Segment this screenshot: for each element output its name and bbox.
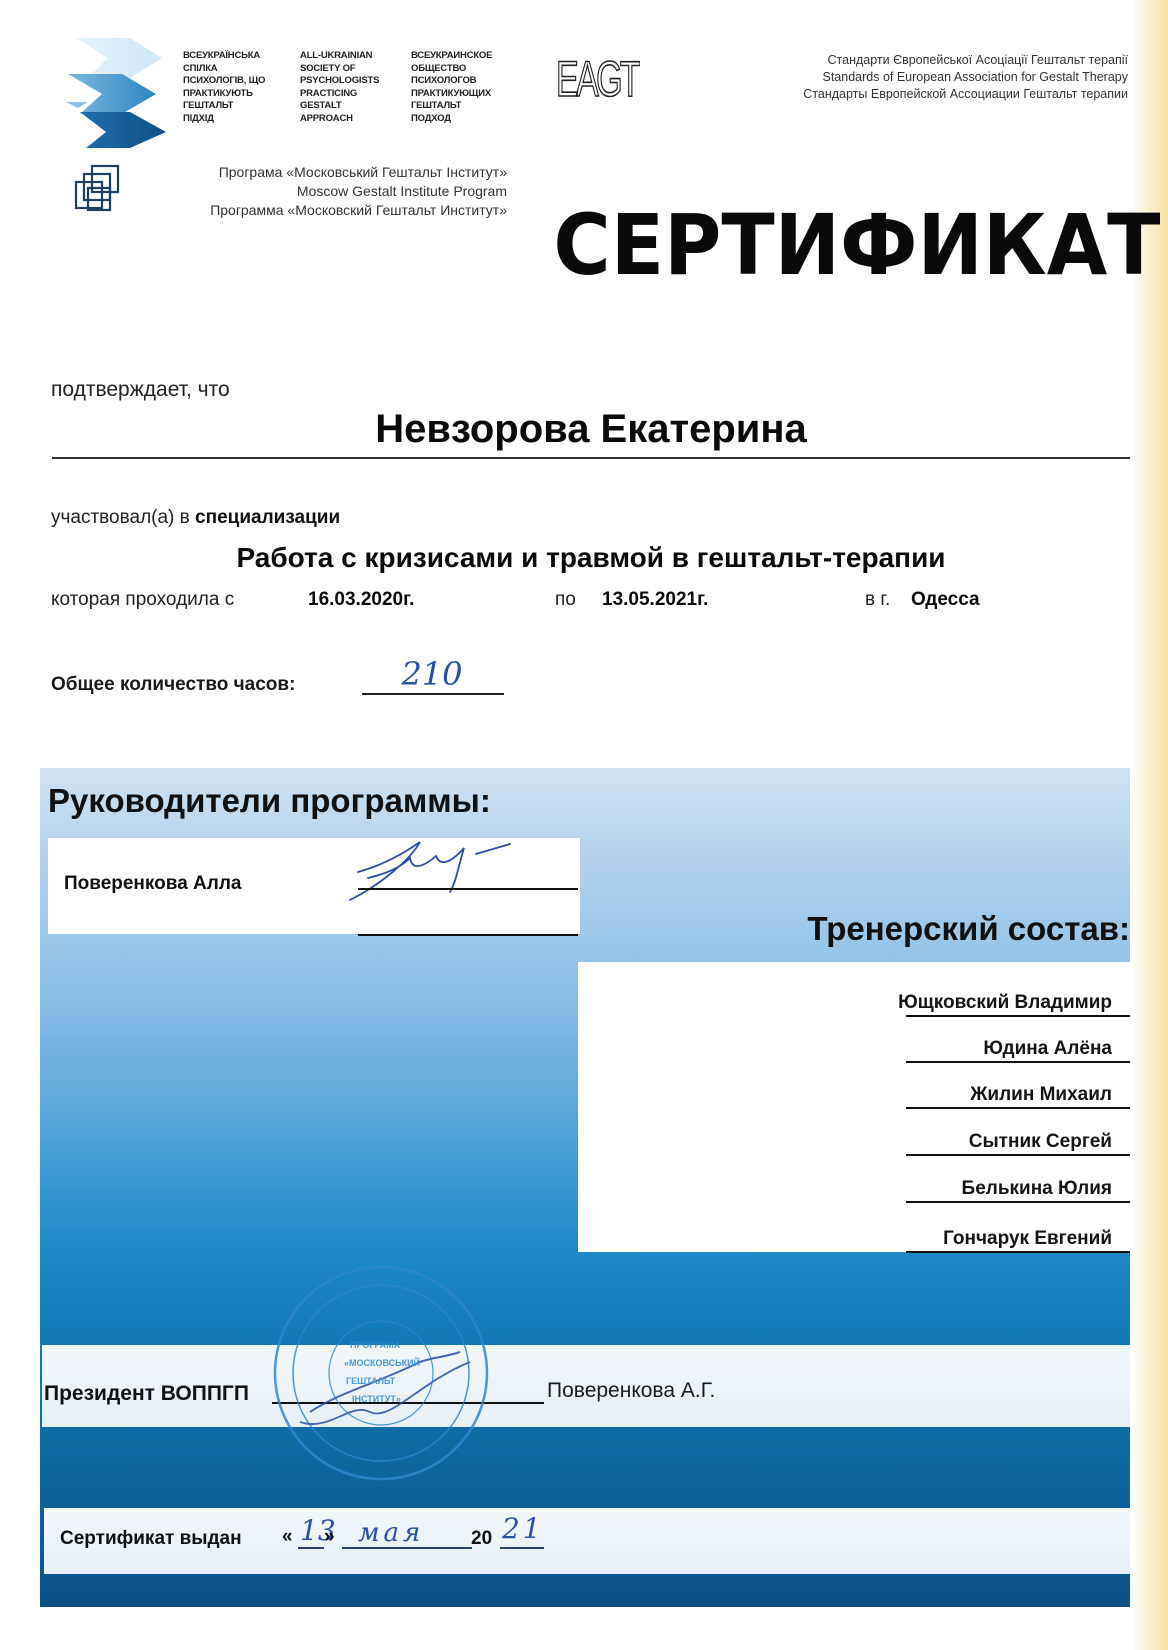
eagt-logo: EAGT	[554, 52, 640, 104]
recipient-underline	[52, 457, 1130, 459]
trainer-name: Гончарук Евгений	[943, 1228, 1112, 1250]
trainer-name: Жилин Михаил	[970, 1084, 1112, 1106]
issued-century: 20	[471, 1528, 492, 1550]
certificate-title: СЕРТИФИКАТ	[553, 200, 1130, 290]
participated-line: участвовал(а) в специализации	[51, 507, 340, 529]
issued-day-underline	[298, 1547, 324, 1549]
trainer-line	[906, 1154, 1130, 1156]
trainer-name: Белькина Юлия	[962, 1178, 1112, 1200]
city-label: в г.	[865, 589, 890, 611]
leader-name: Поверенкова Алла	[64, 873, 241, 895]
held-label: которая проходила с	[51, 589, 234, 611]
trainer-line	[906, 1015, 1130, 1017]
end-date: 13.05.2021г.	[602, 589, 708, 611]
issued-close-quote: »	[324, 1526, 335, 1548]
president-name: Поверенкова А.Г.	[547, 1379, 715, 1403]
svg-text:ПРОГРАМА: ПРОГРАМА	[350, 1340, 401, 1350]
president-label: Президент ВОППГП	[44, 1382, 249, 1406]
program-name: Работа с кризисами и травмой в гештальт-…	[52, 541, 1130, 575]
society-name-ukrainian: Всеукраїнськаспілка психологів, щопракти…	[183, 50, 265, 125]
mgi-squares-logo	[74, 162, 130, 218]
trainers-heading: Тренерский состав:	[807, 910, 1130, 948]
leaders-heading: Руководители программы:	[48, 782, 491, 820]
start-date: 16.03.2020г.	[308, 589, 414, 611]
to-label: по	[555, 589, 576, 611]
trainer-line	[906, 1061, 1130, 1063]
issued-label: Сертификат выдан	[60, 1528, 242, 1550]
svg-text:EAGT: EAGT	[556, 52, 640, 104]
society-arrows-logo	[58, 36, 168, 148]
issued-year: 21	[502, 1512, 544, 1545]
svg-text:ГЕШТАЛЬТ: ГЕШТАЛЬТ	[346, 1376, 396, 1386]
trainer-name: Ющковский Владимир	[898, 992, 1112, 1014]
trainer-line	[906, 1251, 1130, 1253]
hours-label: Общее количество часов:	[51, 674, 295, 696]
hours-underline	[362, 693, 504, 695]
participated-specialization: специализации	[195, 507, 340, 528]
recipient-name: Невзорова Екатерина	[52, 405, 1130, 453]
issued-month-underline	[342, 1547, 472, 1549]
issued-open-quote: «	[282, 1526, 293, 1548]
society-name-russian: Всеукраинскоеобщество психологовпрактику…	[411, 50, 492, 125]
official-stamp: ПРОГРАМА «МОСКОВСЬКИЙ ГЕШТАЛЬТ ІНСТИТУТ»	[270, 1262, 492, 1484]
confirm-label: подтверждает, что	[51, 378, 230, 402]
trainer-name: Сытник Сергей	[969, 1131, 1112, 1153]
eagt-standards-text: Стандарти Європейської Асоціації Гешталь…	[803, 52, 1128, 103]
trainer-name: Юдина Алёна	[983, 1038, 1112, 1060]
mgi-program-text: Програма «Московський Гештальт Інститут»…	[135, 163, 507, 220]
hours-value: 210	[360, 655, 504, 693]
issued-month: мая	[358, 1518, 424, 1548]
trainer-line	[906, 1201, 1130, 1203]
society-name-english: All-UkrainianSociety of PsychologistsPra…	[300, 50, 379, 125]
city-name: Одесса	[911, 589, 980, 611]
hours-box-bottom	[40, 700, 1130, 768]
svg-text:«МОСКОВСЬКИЙ: «МОСКОВСЬКИЙ	[344, 1357, 420, 1368]
svg-text:ІНСТИТУТ»: ІНСТИТУТ»	[352, 1394, 401, 1404]
trainer-line	[906, 1107, 1130, 1109]
leader-signature-line	[358, 888, 578, 890]
leader-signature	[340, 830, 570, 910]
leader-signature-line-2	[358, 934, 578, 936]
participated-prefix: участвовал(а) в	[51, 507, 195, 528]
issued-year-underline	[500, 1547, 544, 1549]
